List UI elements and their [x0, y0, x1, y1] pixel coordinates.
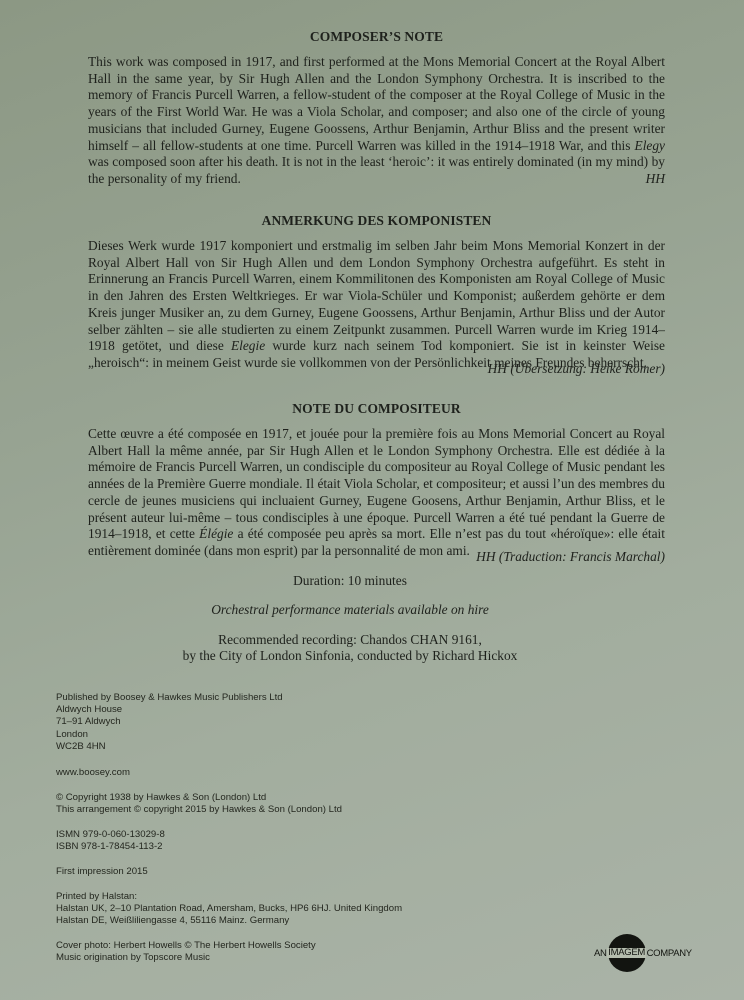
duration: Duration: 10 minutes [0, 573, 722, 589]
english-signature: HH [646, 171, 665, 187]
credits: Cover photo: Herbert Howells © The Herbe… [56, 940, 316, 964]
french-signature: HH (Traduction: Francis Marchal) [476, 549, 665, 565]
french-note-section: NOTE DU COMPOSITEUR Cette œuvre a été co… [88, 401, 665, 560]
logo-disc-icon: IMAGEM [608, 934, 646, 972]
website-link[interactable]: www.boosey.com [56, 767, 130, 779]
english-note-section: COMPOSER’S NOTE This work was composed i… [88, 29, 665, 188]
book-identifiers: ISMN 979-0-060-13029-8 ISBN 978-1-78454-… [56, 829, 165, 853]
french-note-body: Cette œuvre a été composée en 1917, et j… [88, 426, 665, 560]
publisher-address: Published by Boosey & Hawkes Music Publi… [56, 692, 283, 753]
work-title: Elegy [635, 138, 665, 153]
work-title: Elegie [231, 338, 265, 353]
english-note-heading: COMPOSER’S NOTE [88, 29, 665, 45]
recording-line-1: Recommended recording: Chandos CHAN 9161… [0, 632, 722, 648]
french-note-heading: NOTE DU COMPOSITEUR [88, 401, 665, 417]
imagem-company-logo: AN IMAGEM COMPANY [594, 934, 692, 972]
printer-info: Printed by Halstan: Halstan UK, 2–10 Pla… [56, 891, 402, 928]
german-note-section: ANMERKUNG DES KOMPONISTEN Dieses Werk wu… [88, 213, 665, 372]
german-note-body: Dieses Werk wurde 1917 komponiert und er… [88, 238, 665, 372]
impression: First impression 2015 [56, 866, 148, 878]
german-signature: HH (Übersetzung: Heike Römer) [488, 361, 665, 377]
hire-note: Orchestral performance materials availab… [0, 602, 722, 618]
recording-line-2: by the City of London Sinfonia, conducte… [0, 648, 722, 664]
copyright-notice: © Copyright 1938 by Hawkes & Son (London… [56, 792, 342, 816]
publisher-website: www.boosey.com [56, 767, 130, 779]
german-note-heading: ANMERKUNG DES KOMPONISTEN [88, 213, 665, 229]
english-note-body: This work was composed in 1917, and firs… [88, 54, 665, 188]
work-title: Élégie [199, 526, 233, 541]
